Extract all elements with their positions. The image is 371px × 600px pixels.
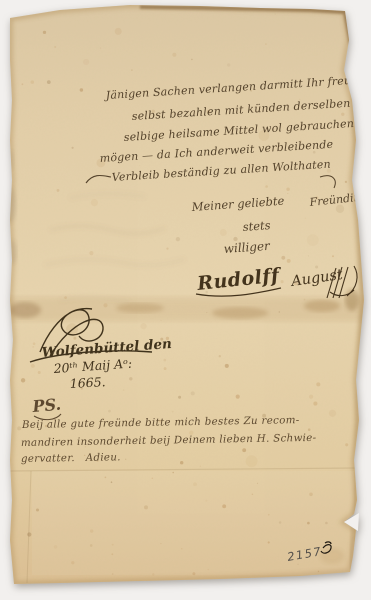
paper-sheet: Jänigen Sachen verlangen darmitt Ihr fre…: [4, 4, 371, 586]
postscript-label: PS.: [31, 395, 62, 417]
letter-scan: Jänigen Sachen verlangen darmitt Ihr fre…: [0, 0, 371, 600]
valediction-line2: stets: [242, 218, 271, 234]
photo-of-letter: Jänigen Sachen verlangen darmitt Ihr fre…: [0, 0, 371, 600]
dateline-year: 1665.: [69, 374, 106, 391]
postscript-line-3: gervatter. Adieu.: [21, 451, 121, 465]
